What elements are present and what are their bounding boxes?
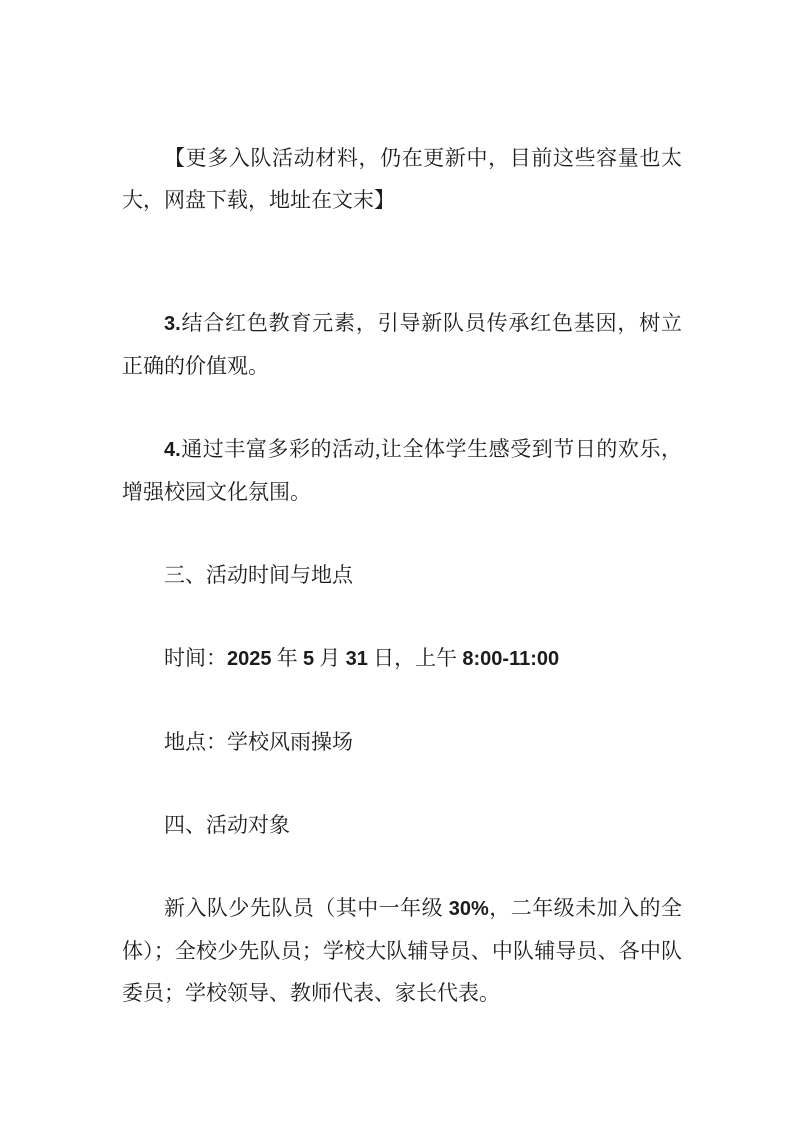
objective-item-3: 3.结合红色教育元素，引导新队员传承红色基因，树立正确的价值观。: [122, 302, 682, 387]
participants-paragraph: 新入队少先队员（其中一年级 30%，二年级未加入的全体）；全校少先队员；学校大队…: [122, 887, 682, 1014]
latin-number: 4.: [164, 439, 181, 461]
location-line: 地点：学校风雨操场: [122, 721, 682, 763]
objective-item-4: 4.通过丰富多彩的活动,让全体学生感受到节日的欢乐，增强校园文化氛围。: [122, 428, 682, 513]
section-heading-participants: 四、活动对象: [122, 804, 682, 846]
latin-number: 5: [303, 648, 314, 670]
latin-number: 30%: [449, 898, 489, 920]
time-line: 时间：2025 年 5 月 31 日，上午 8:00-11:00: [122, 637, 682, 680]
latin-number: 3.: [164, 313, 181, 335]
section-heading-time-location: 三、活动时间与地点: [122, 554, 682, 596]
banner-note-paragraph: 【更多入队活动材料，仍在更新中，目前这些容量也太大，网盘下载，地址在文末】: [122, 137, 682, 221]
document-page: 【更多入队活动材料，仍在更新中，目前这些容量也太大，网盘下载，地址在文末】 3.…: [0, 0, 793, 1122]
document-content: 【更多入队活动材料，仍在更新中，目前这些容量也太大，网盘下载，地址在文末】 3.…: [122, 137, 682, 1055]
latin-number: 2025: [227, 648, 272, 670]
latin-number: 8:00-11:00: [462, 648, 559, 670]
latin-number: 31: [346, 648, 368, 670]
